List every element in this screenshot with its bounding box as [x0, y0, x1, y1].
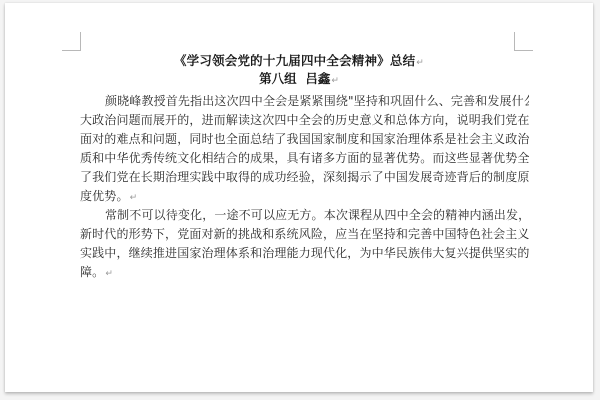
paragraph-mark-icon: ↵	[105, 269, 113, 279]
margin-corner-mark-top-right	[514, 32, 533, 51]
paragraph-line-text: 障。	[80, 265, 104, 279]
paragraph-line: 质和中华优秀传统文化相结合的成果，具有诸多方面的显著优势。而这些显著优势全面反映	[80, 149, 529, 168]
paragraph-line: 实践中，继续推进国家治理体系和治理能力现代化，为中华民族伟大复兴提供坚实的制度保	[80, 244, 529, 263]
paragraph-line: 了我们党在长期治理实践中取得的成功经验，深刻揭示了中国发展奇迹背后的制度原因和制	[80, 168, 529, 187]
title-text: 《学习领会党的十九届四中全会精神》总结	[174, 53, 415, 68]
paragraph-line-text: 度优势。	[80, 189, 129, 203]
paragraph-line: 大政治问题而展开的，进而解读这次四中全会的历史意义和总体方向，说明我们党在新时代	[80, 111, 529, 130]
document-title: 《学习领会党的十九届四中全会精神》总结↵	[5, 52, 593, 72]
margin-corner-mark-top-left	[62, 32, 81, 51]
paragraph-2[interactable]: 常制不可以待变化，一途不可以应无方。本次课程从四中全会的精神内涵出发，强调在 新…	[80, 206, 529, 282]
document-page[interactable]: 《学习领会党的十九届四中全会精神》总结↵ 第八组 吕鑫↵ 颜晓峰教授首先指出这次…	[5, 3, 593, 392]
paragraph-mark-icon: ↵	[416, 58, 424, 68]
paragraph-line: 常制不可以待变化，一途不可以应无方。本次课程从四中全会的精神内涵出发，强调在	[80, 206, 529, 225]
subtitle-text: 第八组 吕鑫	[259, 71, 330, 86]
paragraph-line: 新时代的形势下，党面对新的挑战和系统风险，应当在坚持和完善中国特色社会主义制度的	[80, 225, 529, 244]
document-subtitle: 第八组 吕鑫↵	[5, 70, 593, 90]
paragraph-1[interactable]: 颜晓峰教授首先指出这次四中全会是紧紧围绕"坚持和巩固什么、完善和发展什么"的重 …	[80, 92, 529, 206]
paragraph-line-last: 度优势。↵	[80, 187, 529, 206]
paragraph-line-last: 障。↵	[80, 263, 529, 282]
paragraph-line: 颜晓峰教授首先指出这次四中全会是紧紧围绕"坚持和巩固什么、完善和发展什么"的重	[80, 92, 529, 111]
paragraph-mark-icon: ↵	[130, 193, 138, 203]
paragraph-line: 面对的难点和问题，同时也全面总结了我国国家制度和国家治理体系是社会主义政治文明本	[80, 130, 529, 149]
paragraph-mark-icon: ↵	[331, 76, 339, 86]
